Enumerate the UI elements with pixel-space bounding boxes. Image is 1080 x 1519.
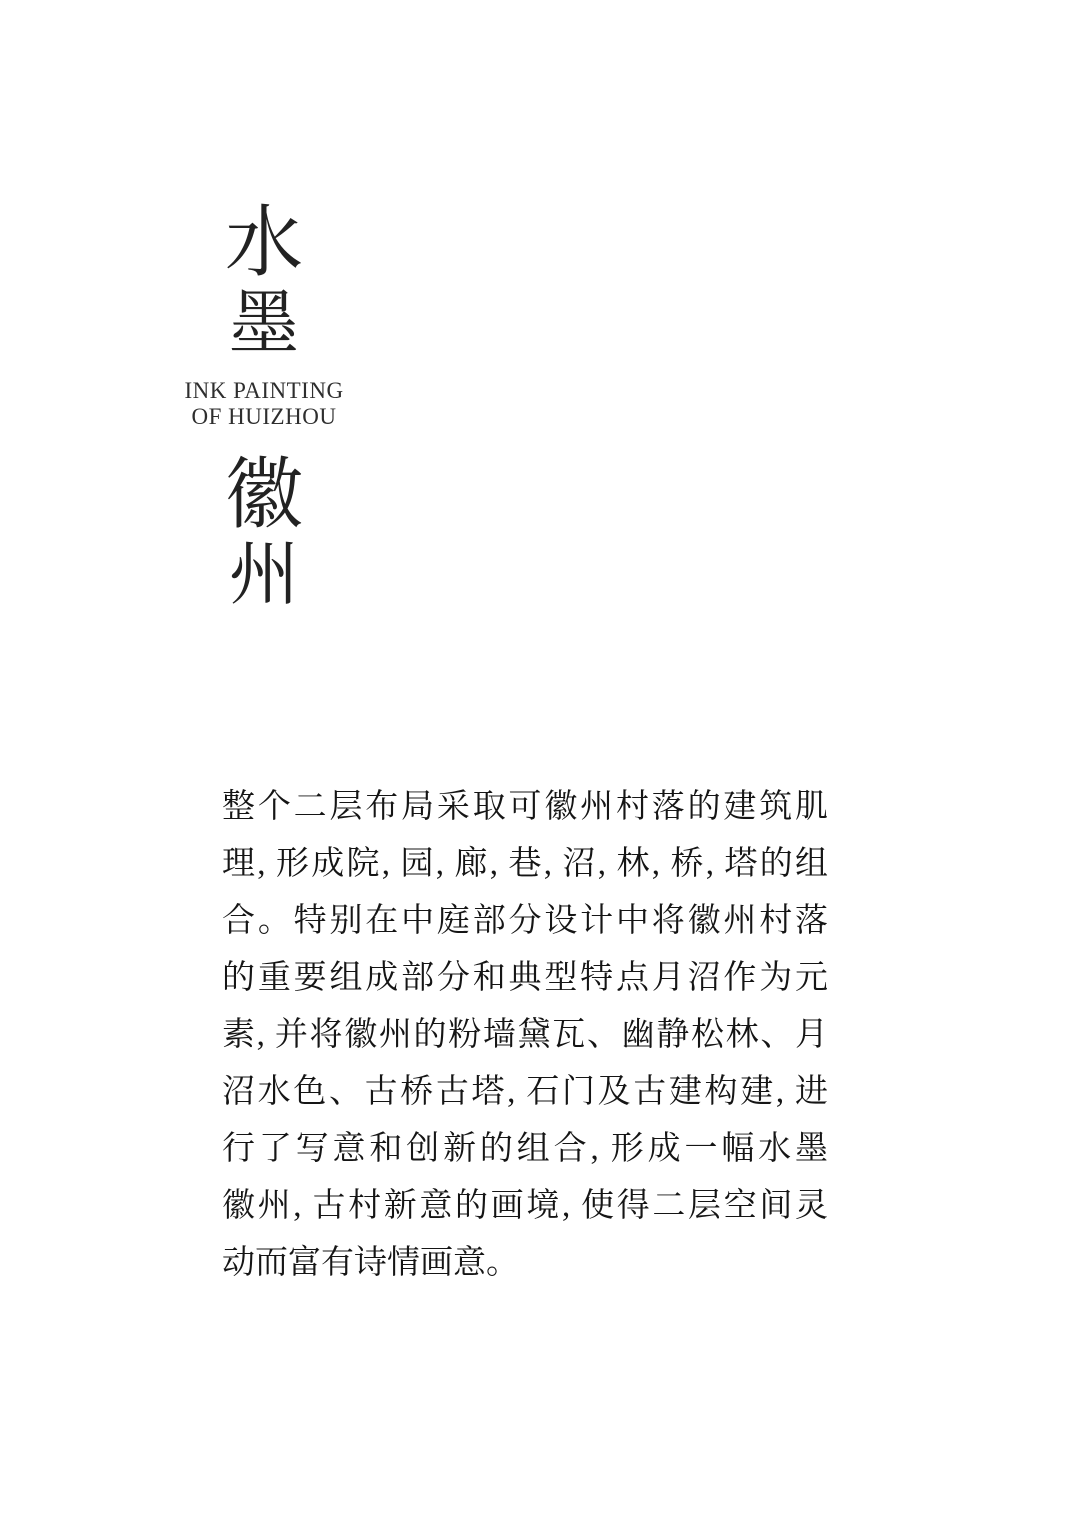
paragraph-line: 徽州, 古村新意的画境, 使得二层空间灵 (222, 1178, 828, 1235)
english-subtitle-line2: OF HUIZHOU (168, 404, 360, 430)
calligraphy-char-mo: 墨 (168, 288, 360, 362)
calligraphy-char-zhou: 州 (168, 538, 360, 614)
paragraph-line: 素, 并将徽州的粉墙黛瓦、幽静松林、月 (222, 1007, 828, 1064)
paragraph-line: 沼水色、古桥古塔, 石门及古建构建, 进 (222, 1064, 828, 1121)
paragraph-line: 理, 形成院, 园, 廊, 巷, 沼, 林, 桥, 塔的组 (222, 836, 828, 893)
paragraph-line: 行了写意和创新的组合, 形成一幅水墨 (222, 1121, 828, 1178)
paragraph-line: 合。特别在中庭部分设计中将徽州村落 (222, 893, 828, 950)
body-paragraph: 整个二层布局采取可徽州村落的建筑肌 理, 形成院, 园, 廊, 巷, 沼, 林,… (222, 779, 828, 1292)
calligraphy-char-shui: 水 (168, 198, 360, 288)
paragraph-line: 整个二层布局采取可徽州村落的建筑肌 (222, 779, 828, 836)
calligraphy-char-hui: 徽 (168, 452, 360, 538)
page: 水 墨 INK PAINTING OF HUIZHOU 徽 州 整个二层布局采取… (0, 0, 1080, 1519)
english-subtitle: INK PAINTING OF HUIZHOU (168, 378, 360, 430)
english-subtitle-line1: INK PAINTING (168, 378, 360, 404)
paragraph-line: 动而富有诗情画意。 (222, 1235, 828, 1292)
title-block: 水 墨 INK PAINTING OF HUIZHOU 徽 州 (168, 198, 360, 614)
paragraph-line: 的重要组成部分和典型特点月沼作为元 (222, 950, 828, 1007)
